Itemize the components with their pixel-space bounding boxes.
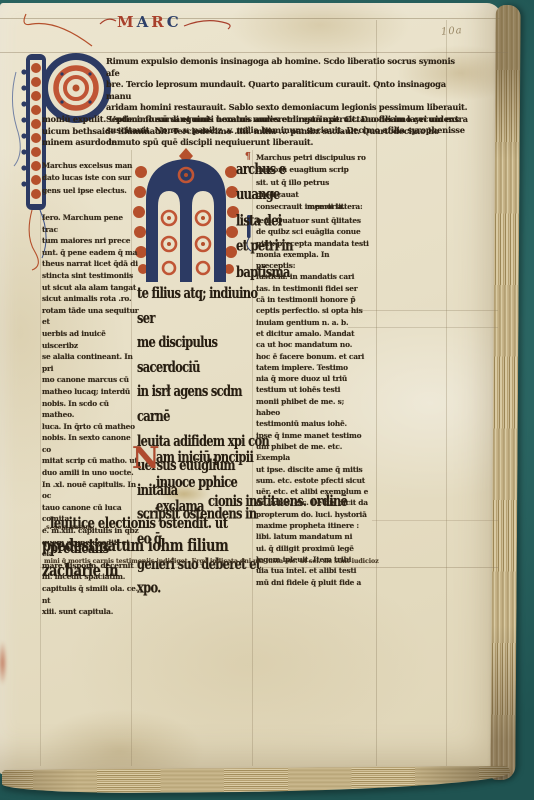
ruling-line (348, 327, 498, 328)
running-title-letter: A (137, 13, 150, 31)
running-title-letter: C (167, 13, 180, 31)
ruling-line (372, 520, 498, 521)
gloss-right-section-2: tem. Quatuor sunt q̄litates de quibz sci… (256, 215, 370, 588)
ruling-line (0, 18, 500, 19)
manuscript-photo: M A R C 10a (0, 0, 534, 800)
running-title: M A R C (117, 13, 180, 31)
capitula-list-full: moniū expulit. Undecimo surdi et muti ho… (42, 114, 478, 149)
running-title-letter: M (117, 13, 135, 31)
ruling-line (0, 52, 508, 53)
book-bottom-edge (2, 766, 510, 794)
folio-number: 10a (441, 25, 464, 38)
book-fore-edge (490, 5, 520, 780)
running-title-letter: R (151, 13, 164, 31)
gloss-right-memoria: memoria. (307, 201, 345, 213)
ruling-line (348, 310, 498, 311)
gloss-left-section-1: Marchus excelsus man dato lucas iste con… (42, 160, 139, 197)
paraph-mark: ¶ (245, 152, 251, 162)
ruling-line (40, 60, 41, 766)
